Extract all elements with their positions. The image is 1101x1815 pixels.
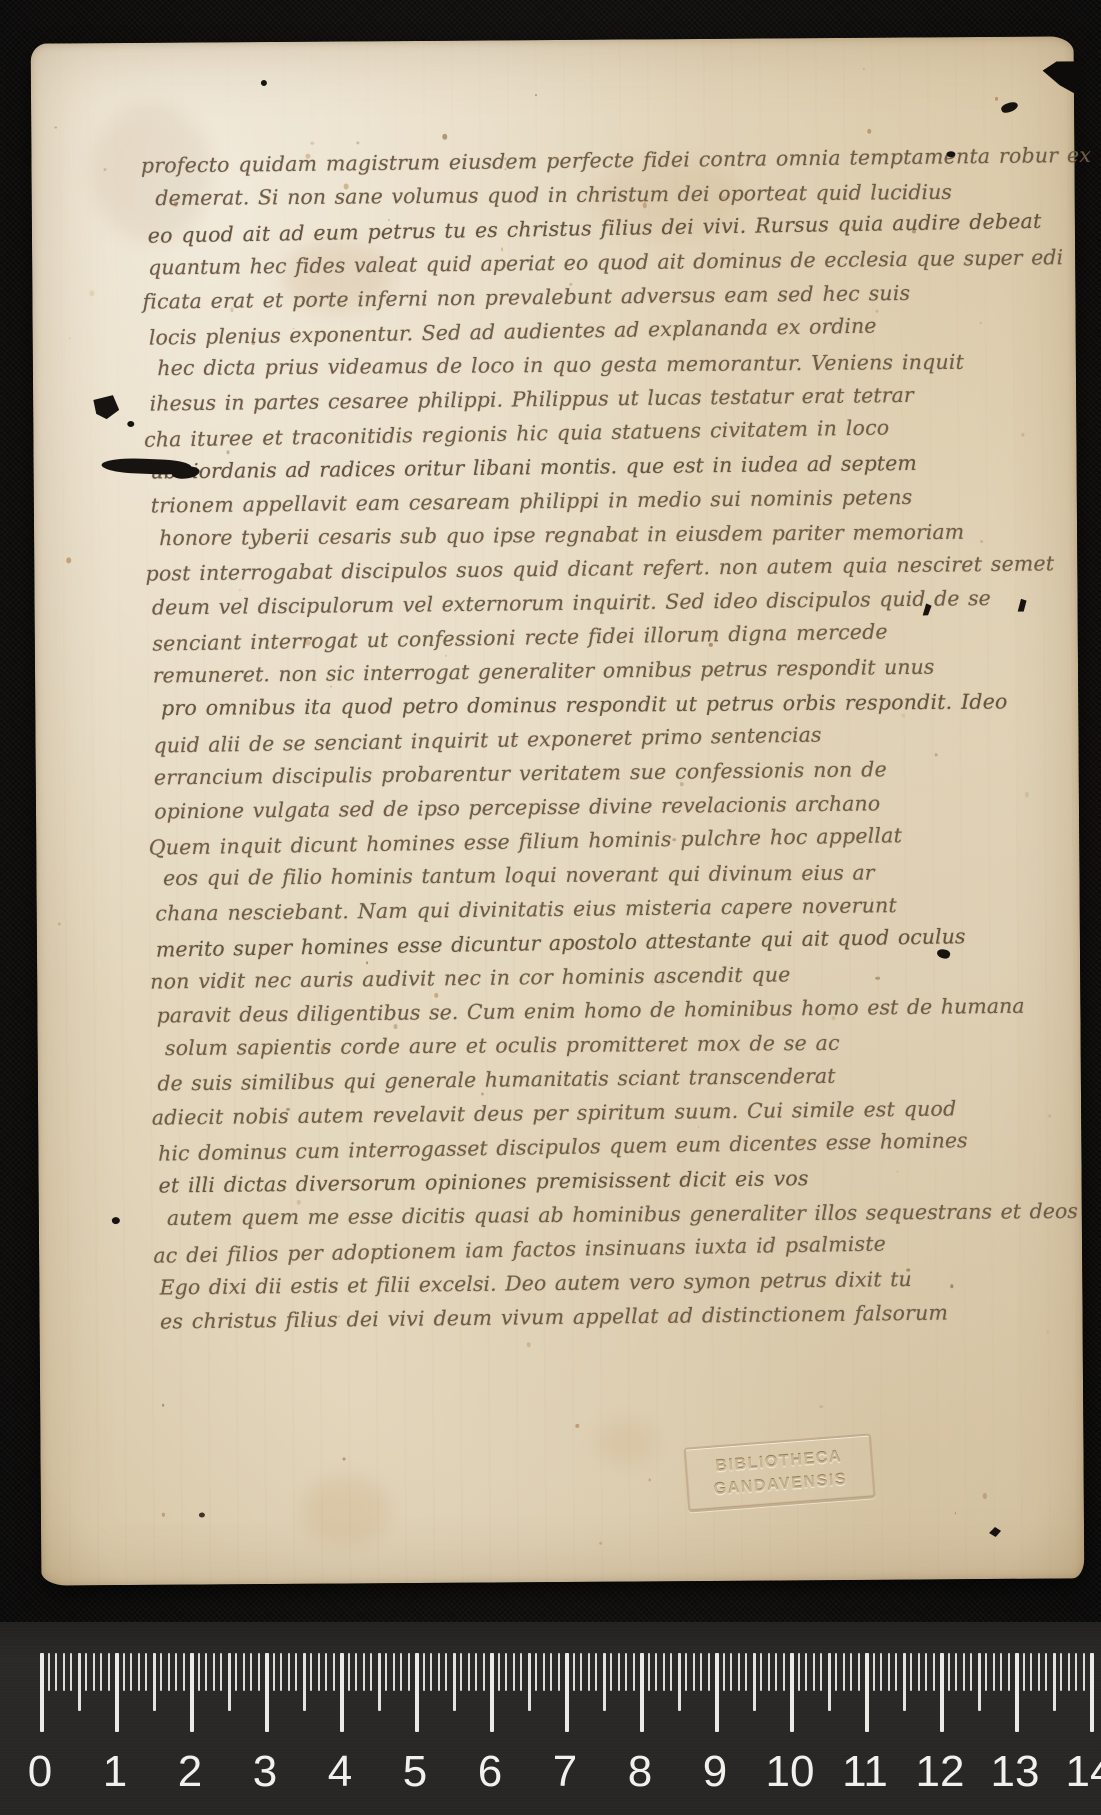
foxing-spot xyxy=(297,1200,301,1205)
foxing-spot xyxy=(286,1107,290,1110)
ruler-tick xyxy=(933,1653,935,1691)
ruler-tick xyxy=(768,1653,770,1691)
foxing-spot xyxy=(445,655,447,656)
ruler-tick-cm xyxy=(715,1653,719,1732)
ruler-tick xyxy=(78,1653,81,1711)
ruler-number: 12 xyxy=(916,1746,965,1798)
ruler-tick xyxy=(1008,1653,1010,1691)
ruler-tick xyxy=(183,1653,185,1691)
ruler-tick xyxy=(228,1653,231,1711)
ruler-tick xyxy=(333,1653,335,1691)
ruler-number: 6 xyxy=(478,1746,502,1798)
ink-speck xyxy=(112,1217,120,1224)
ruler-tick xyxy=(498,1653,500,1691)
ruler-tick-cm xyxy=(340,1653,344,1732)
ruler-number: 8 xyxy=(628,1746,652,1798)
ruler-tick xyxy=(513,1653,515,1691)
ruler-tick-cm xyxy=(1015,1653,1019,1732)
ruler-tick xyxy=(400,1653,402,1691)
ruler-tick xyxy=(303,1653,306,1711)
ruler-tick xyxy=(310,1653,312,1691)
foxing-spot xyxy=(306,1321,308,1323)
ruler-tick xyxy=(198,1653,200,1691)
ruler-tick xyxy=(235,1653,237,1691)
foxing-spot xyxy=(161,1513,165,1517)
foxing-spot xyxy=(575,1424,579,1428)
ruler-tick xyxy=(475,1653,477,1691)
foxing-spot xyxy=(643,203,647,209)
foxing-spot xyxy=(230,308,233,312)
ruler-tick xyxy=(753,1653,756,1711)
ruler-tick xyxy=(243,1653,245,1691)
foxing-spot xyxy=(1021,432,1025,436)
foxing-spot xyxy=(980,322,982,325)
foxing-spot xyxy=(162,1403,164,1406)
ruler-tick xyxy=(93,1653,95,1691)
ruler-tick xyxy=(985,1653,987,1691)
foxing-spot xyxy=(356,141,359,144)
ruler-number: 1 xyxy=(103,1746,127,1798)
ruler-tick xyxy=(1023,1653,1025,1691)
foxing-spot xyxy=(950,1284,954,1288)
ruler-tick xyxy=(363,1653,365,1691)
foxing-spot xyxy=(668,1316,672,1320)
foxing-spot xyxy=(343,1457,346,1461)
foxing-spot xyxy=(599,1542,602,1545)
ruler-number: 10 xyxy=(766,1746,815,1798)
ruler-tick xyxy=(145,1653,147,1691)
ruler-tick xyxy=(648,1653,650,1691)
ruler-tick xyxy=(708,1653,710,1691)
foxing-spot xyxy=(679,782,683,786)
manuscript-line: solum sapientis corde aure et oculis pro… xyxy=(165,1025,947,1065)
ink-speck xyxy=(199,1512,205,1517)
ruler-tick-cm xyxy=(190,1653,194,1732)
ruler-tick xyxy=(318,1653,320,1691)
ruler-tick xyxy=(483,1653,485,1691)
ruler-tick-cm xyxy=(565,1653,569,1732)
ruler-tick xyxy=(663,1653,665,1691)
ruler-tick xyxy=(580,1653,582,1691)
ruler-tick xyxy=(168,1653,170,1691)
ruler-tick xyxy=(888,1653,890,1691)
ruler-tick xyxy=(820,1653,822,1691)
ruler-tick xyxy=(220,1653,222,1691)
foxing-spot xyxy=(239,589,241,591)
foxing-spot xyxy=(672,838,676,842)
ruler-tick xyxy=(288,1653,290,1691)
foxing-spot xyxy=(54,127,57,129)
ruler-tick xyxy=(423,1653,425,1691)
ruler-tick xyxy=(738,1653,740,1691)
foxing-spot xyxy=(1046,1330,1049,1333)
ruler-tick xyxy=(370,1653,372,1691)
ruler-tick xyxy=(63,1653,65,1691)
ruler-tick xyxy=(895,1653,897,1691)
foxing-spot xyxy=(683,1177,686,1180)
foxing-spot xyxy=(983,1493,988,1498)
foxing-spot xyxy=(863,68,865,70)
foxing-spot xyxy=(820,1405,824,1408)
ruler-tick-cm xyxy=(640,1653,644,1732)
ruler-tick xyxy=(813,1653,815,1691)
foxing-spot xyxy=(935,754,938,756)
ruler-number: 2 xyxy=(178,1746,202,1798)
ruler-tick xyxy=(348,1653,350,1691)
ruler-tick xyxy=(670,1653,672,1691)
ruler-tick xyxy=(453,1653,456,1711)
ruler-tick xyxy=(153,1653,156,1711)
torn-corner xyxy=(1036,56,1082,95)
paper-stain xyxy=(301,1476,391,1547)
ruler-tick xyxy=(175,1653,177,1691)
foxing-spot xyxy=(709,643,713,646)
ruler-tick xyxy=(85,1653,87,1691)
ruler-tick xyxy=(408,1653,410,1691)
foxing-spot xyxy=(526,1342,530,1347)
ruler-tick xyxy=(393,1653,395,1691)
ruler-tick xyxy=(550,1653,552,1691)
ruler-tick xyxy=(213,1653,215,1691)
ruler-tick-cm xyxy=(415,1653,419,1732)
ruler-tick xyxy=(100,1653,102,1691)
ruler-tick xyxy=(858,1653,860,1691)
ruler-tick xyxy=(910,1653,912,1691)
ruler-tick xyxy=(595,1653,597,1691)
foxing-spot xyxy=(1025,792,1030,798)
ruler-tick xyxy=(1083,1653,1085,1691)
foxing-spot xyxy=(896,1171,898,1173)
foxing-spot xyxy=(90,290,95,295)
ruler-tick-cm xyxy=(490,1653,494,1732)
foxing-spot xyxy=(251,341,254,345)
ruler-tick xyxy=(603,1653,606,1711)
foxing-spot xyxy=(305,154,310,159)
ruler-tick xyxy=(655,1653,657,1691)
ruler-number: 0 xyxy=(28,1746,52,1798)
ruler-number: 9 xyxy=(703,1746,727,1798)
foxing-spot xyxy=(535,95,537,96)
foxing-spot xyxy=(954,1512,956,1514)
foxing-spot xyxy=(867,129,871,134)
ruler-tick xyxy=(438,1653,440,1691)
ruler-tick-cm xyxy=(265,1653,269,1732)
ruler-tick xyxy=(543,1653,545,1691)
foxing-spot xyxy=(443,133,448,139)
ink-blot xyxy=(127,421,134,427)
ruler-tick xyxy=(828,1653,831,1711)
ruler-tick xyxy=(460,1653,462,1691)
ruler-tick xyxy=(805,1653,807,1691)
ruler-number: 4 xyxy=(328,1746,352,1798)
foxing-spot xyxy=(344,184,349,190)
ruler-tick xyxy=(468,1653,470,1691)
ruler-tick xyxy=(138,1653,140,1691)
ruler-tick-cm xyxy=(115,1653,119,1732)
foxing-spot xyxy=(58,923,61,926)
ruler-tick xyxy=(430,1653,432,1691)
ruler-tick xyxy=(700,1653,702,1691)
ruler-tick xyxy=(798,1653,800,1691)
ruler-tick xyxy=(618,1653,620,1691)
ruler-tick xyxy=(295,1653,297,1691)
ruler-tick xyxy=(610,1653,612,1691)
foxing-spot xyxy=(174,202,178,206)
foxing-spot xyxy=(515,738,517,740)
ruler-tick xyxy=(378,1653,381,1711)
ruler-tick xyxy=(1053,1653,1056,1711)
ruler-tick-cm xyxy=(1090,1653,1094,1732)
ruler-tick xyxy=(850,1653,852,1691)
ruler-tick xyxy=(130,1653,132,1691)
foxing-spot xyxy=(801,1139,805,1144)
foxing-spot xyxy=(234,1174,237,1178)
ruler-tick xyxy=(520,1653,522,1691)
foxing-spot xyxy=(980,540,983,543)
foxing-spot xyxy=(393,1024,398,1029)
ruler-tick xyxy=(760,1653,762,1691)
ruler-tick xyxy=(1000,1653,1002,1691)
ink-speck xyxy=(989,1527,1001,1537)
ruler-tick xyxy=(723,1653,725,1691)
text-block: profecto quidam magistrum eiusdem perfec… xyxy=(147,140,950,1339)
foxing-spot xyxy=(66,558,71,564)
ruler-tick xyxy=(873,1653,875,1691)
ruler-tick xyxy=(55,1653,57,1691)
ruler-tick xyxy=(108,1653,110,1691)
ruler-tick xyxy=(558,1653,560,1691)
foxing-spot xyxy=(648,1479,651,1481)
ruler-tick xyxy=(273,1653,275,1691)
ruler-tick xyxy=(48,1653,50,1691)
ruler-tick xyxy=(1060,1653,1062,1691)
ruler-tick xyxy=(783,1653,785,1691)
ruler-tick xyxy=(993,1653,995,1691)
library-stamp: BIBLIOTHECA GANDAVENSIS xyxy=(683,1433,875,1512)
ruler-number: 11 xyxy=(842,1746,888,1798)
ruler-number: 3 xyxy=(253,1746,277,1798)
ruler-number: 7 xyxy=(553,1746,577,1798)
ruler-tick xyxy=(978,1653,981,1711)
ruler-tick xyxy=(963,1653,965,1691)
ruler-tick xyxy=(625,1653,627,1691)
ruler-number: 5 xyxy=(403,1746,427,1798)
ruler-tick xyxy=(528,1653,531,1711)
ruler-tick xyxy=(1075,1653,1077,1691)
foxing-spot xyxy=(1048,1115,1051,1118)
ruler-tick xyxy=(948,1653,950,1691)
ink-speck xyxy=(261,80,267,86)
ruler-tick xyxy=(925,1653,927,1691)
ruler-number: 14 xyxy=(1066,1746,1101,1798)
ruler-tick xyxy=(588,1653,590,1691)
ruler-tick xyxy=(745,1653,747,1691)
ink-speck xyxy=(1017,599,1027,612)
photo-stage: profecto quidam magistrum eiusdem perfec… xyxy=(0,0,1101,1815)
manuscript-line: honore tyberii cesaris sub quo ipse regn… xyxy=(159,515,941,555)
ruler-tick xyxy=(970,1653,972,1691)
ruler-tick-cm xyxy=(40,1653,44,1732)
foxing-spot xyxy=(330,685,332,687)
manuscript-line: hec dicta prius videamus de loco in quo … xyxy=(157,345,939,385)
ruler-tick xyxy=(835,1653,837,1691)
ruler-tick xyxy=(843,1653,845,1691)
ruler-tick xyxy=(205,1653,207,1691)
ruler-tick xyxy=(955,1653,957,1691)
foxing-spot xyxy=(832,1016,835,1020)
ink-speck xyxy=(1000,100,1019,115)
ruler-tick xyxy=(445,1653,447,1691)
ruler-tick xyxy=(633,1653,635,1691)
ruler-tick xyxy=(730,1653,732,1691)
ruler-tick xyxy=(880,1653,882,1691)
ruler-tick xyxy=(775,1653,777,1691)
ruler-tick xyxy=(250,1653,252,1691)
paper-stain xyxy=(596,1419,656,1465)
ruler-tick-cm xyxy=(790,1653,794,1732)
ruler-tick xyxy=(160,1653,162,1691)
ruler-tick xyxy=(355,1653,357,1691)
foxing-spot xyxy=(268,198,270,200)
ruler-tick xyxy=(1068,1653,1070,1691)
foxing-spot xyxy=(226,451,230,455)
ruler-tick xyxy=(1030,1653,1032,1691)
ruler-tick xyxy=(325,1653,327,1691)
ruler-tick xyxy=(903,1653,906,1711)
ruler: 01234567891011121314 xyxy=(0,1622,1101,1815)
foxing-spot xyxy=(569,283,573,286)
ruler-tick xyxy=(693,1653,695,1691)
ruler-tick-cm xyxy=(940,1653,944,1732)
ruler-tick xyxy=(258,1653,260,1691)
ruler-tick xyxy=(505,1653,507,1691)
foxing-spot xyxy=(310,142,314,145)
ruler-tick-cm xyxy=(865,1653,869,1732)
foxing-spot xyxy=(306,640,311,646)
ruler-tick xyxy=(123,1653,125,1691)
foxing-spot xyxy=(69,337,71,339)
foxing-spot xyxy=(995,97,998,101)
foxing-spot xyxy=(504,158,506,160)
ruler-tick xyxy=(678,1653,681,1711)
ink-speck xyxy=(946,151,955,157)
ruler-tick xyxy=(573,1653,575,1691)
ruler-tick xyxy=(685,1653,687,1691)
ruler-tick xyxy=(280,1653,282,1691)
manuscript-line: eos qui de filio hominis tantum loqui no… xyxy=(163,855,945,895)
ruler-tick xyxy=(535,1653,537,1691)
ruler-tick xyxy=(70,1653,72,1691)
ruler-tick xyxy=(918,1653,920,1691)
foxing-spot xyxy=(435,993,439,998)
foxing-spot xyxy=(875,977,880,981)
ruler-tick xyxy=(1045,1653,1047,1691)
ruler-tick xyxy=(1038,1653,1040,1691)
ruler-tick xyxy=(385,1653,387,1691)
ruler-number: 13 xyxy=(991,1746,1040,1798)
ink-blot xyxy=(91,395,119,419)
manuscript-page: profecto quidam magistrum eiusdem perfec… xyxy=(31,36,1085,1585)
foxing-spot xyxy=(250,1222,254,1226)
